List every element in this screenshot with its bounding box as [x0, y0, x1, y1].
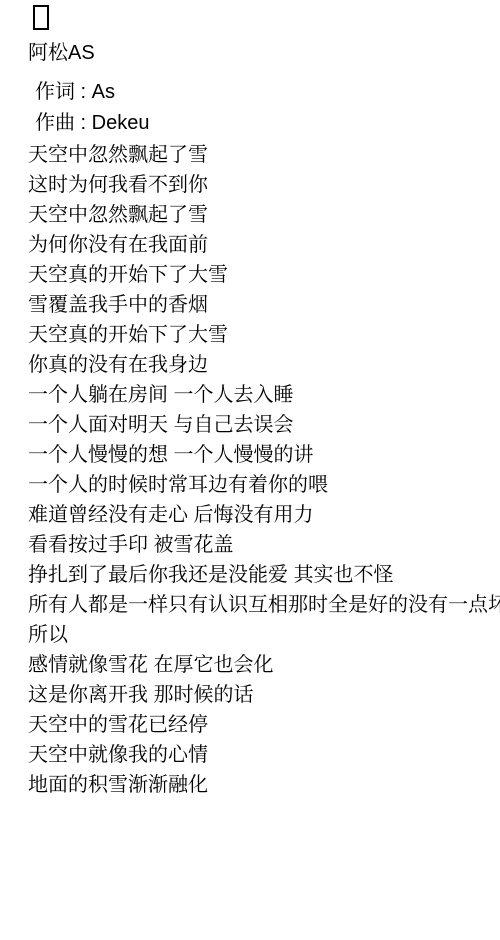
lyrics-body: 天空中忽然飘起了雪这时为何我看不到你天空中忽然飘起了雪为何你没有在我面前天空真的…	[28, 140, 500, 800]
lyric-line: 看看按过手印 被雪花盖	[28, 530, 500, 560]
composer-credit: 作曲 : Dekeu	[28, 108, 500, 139]
lyric-line: 难道曾经没有走心 后悔没有用力	[28, 500, 500, 530]
lyric-line: 感情就像雪花 在厚它也会化	[28, 650, 500, 680]
credits-block: 作词 : As 作曲 : Dekeu	[28, 77, 500, 139]
lyrics-page: 阿松AS 作词 : As 作曲 : Dekeu 天空中忽然飘起了雪这时为何我看不…	[0, 0, 500, 940]
lyric-line: 这是你离开我 那时候的话	[28, 680, 500, 710]
lyric-line: 为何你没有在我面前	[28, 230, 500, 260]
lyric-line: 一个人慢慢的想 一个人慢慢的讲	[28, 440, 500, 470]
lyric-line: 天空真的开始下了大雪	[28, 260, 500, 290]
lyricist-credit: 作词 : As	[28, 77, 500, 108]
lyric-line: 一个人的时候时常耳边有着你的喂	[28, 470, 500, 500]
lyric-line: 一个人躺在房间 一个人去入睡	[28, 380, 500, 410]
lyric-line: 你真的没有在我身边	[28, 350, 500, 380]
lyric-line: 所有人都是一样只有认识互相那时全是好的没有一点坏	[28, 590, 500, 620]
missing-glyph-box-icon	[33, 5, 49, 30]
lyric-line: 地面的积雪渐渐融化	[28, 770, 500, 800]
lyric-line: 所以	[28, 620, 500, 650]
lyric-line: 一个人面对明天 与自己去误会	[28, 410, 500, 440]
lyric-line: 天空中忽然飘起了雪	[28, 140, 500, 170]
lyric-line: 天空中的雪花已经停	[28, 710, 500, 740]
header-glyph-row	[28, 0, 500, 33]
lyric-line: 天空中就像我的心情	[28, 740, 500, 770]
lyric-line: 天空中忽然飘起了雪	[28, 200, 500, 230]
song-title: 阿松AS	[28, 38, 500, 68]
lyric-line: 天空真的开始下了大雪	[28, 320, 500, 350]
lyric-line: 这时为何我看不到你	[28, 170, 500, 200]
lyric-line: 挣扎到了最后你我还是没能爱 其实也不怪	[28, 560, 500, 590]
lyric-line: 雪覆盖我手中的香烟	[28, 290, 500, 320]
